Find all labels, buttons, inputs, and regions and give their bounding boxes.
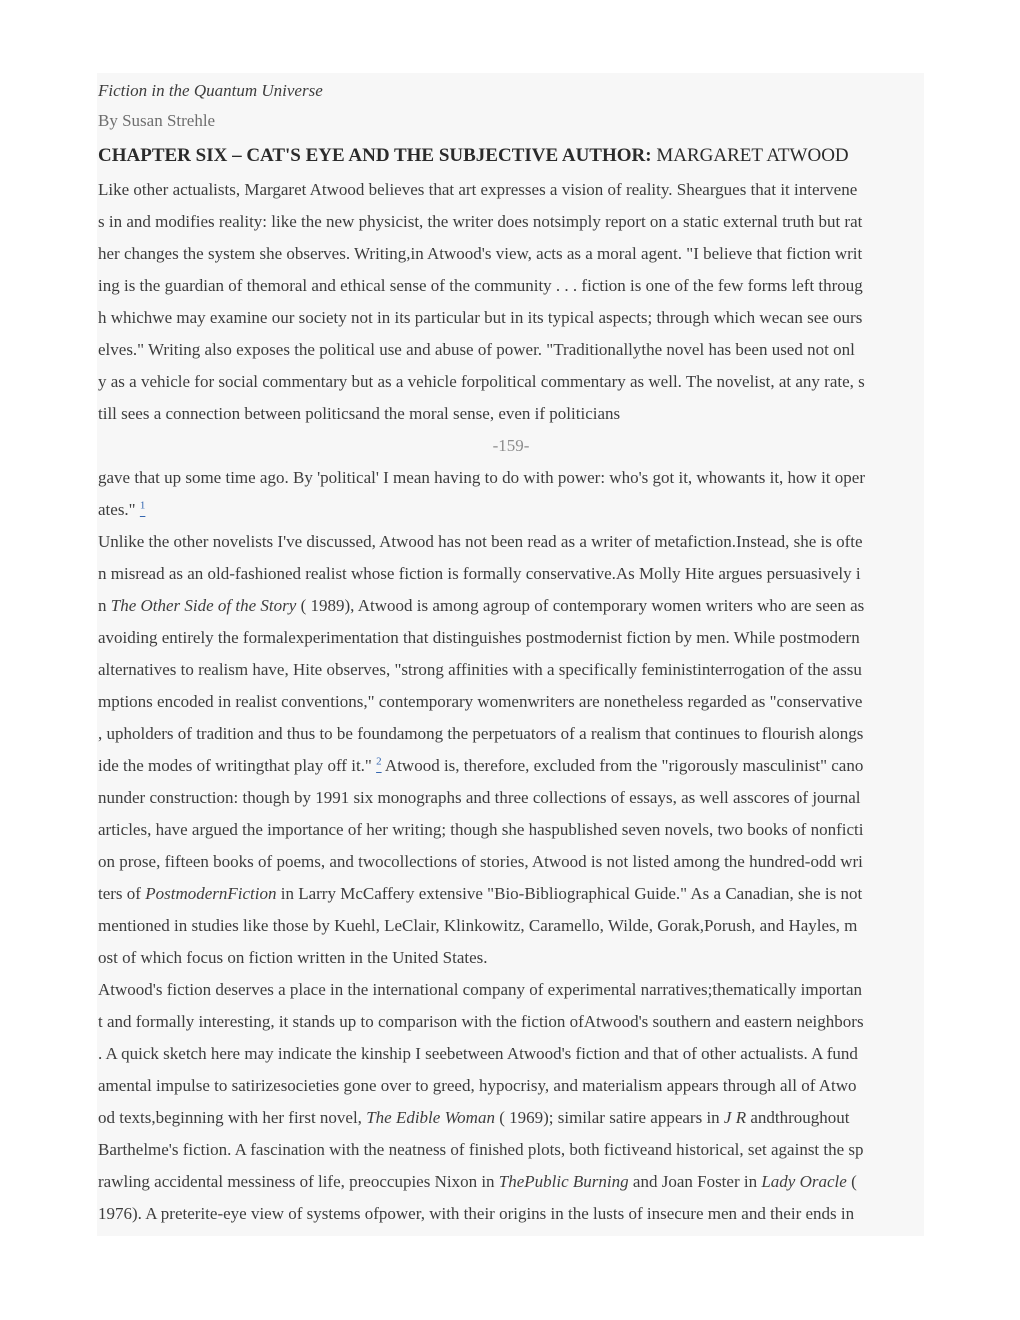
text-line: ing is the guardian of themoral and ethi… xyxy=(98,270,924,302)
text-line: 1976). A preterite-eye view of systems o… xyxy=(98,1198,924,1230)
text-line: rawling accidental messiness of life, pr… xyxy=(98,1166,924,1198)
chapter-heading-bold: CHAPTER SIX – CAT'S EYE AND THE SUBJECTI… xyxy=(98,145,652,166)
text-line: , upholders of tradition and thus to be … xyxy=(98,718,924,750)
text-line: alternatives to realism have, Hite obser… xyxy=(98,654,924,686)
text-line: y as a vehicle for social commentary but… xyxy=(98,366,924,398)
page-background: { "colors": { "content_background": "#f7… xyxy=(0,0,1020,1320)
text-line: s in and modifies reality: like the new … xyxy=(98,206,924,238)
book-title: Lady Oracle xyxy=(761,1172,846,1191)
byline: By Susan Strehle xyxy=(98,106,924,136)
text-line: n The Other Side of the Story ( 1989), A… xyxy=(98,590,924,622)
page-number: -159- xyxy=(98,430,924,462)
footnote-link-2[interactable]: 2 xyxy=(376,756,382,775)
text-line: amental impulse to satirizesocieties gon… xyxy=(98,1070,924,1102)
text-line: Unlike the other novelists I've discusse… xyxy=(98,526,924,558)
text-line: avoiding entirely the formalexperimentat… xyxy=(98,622,924,654)
paragraph: Like other actualists, Margaret Atwood b… xyxy=(98,174,924,430)
book-title: The Edible Woman xyxy=(366,1108,495,1127)
text-line: her changes the system she observes. Wri… xyxy=(98,238,924,270)
document-body: Like other actualists, Margaret Atwood b… xyxy=(98,174,924,1230)
text-line: till sees a connection between politicsa… xyxy=(98,398,924,430)
text-line: ates." 1 xyxy=(98,494,924,526)
text-line: Atwood's fiction deserves a place in the… xyxy=(98,974,924,1006)
text-line: n misread as an old-fashioned realist wh… xyxy=(98,558,924,590)
text-line: t and formally interesting, it stands up… xyxy=(98,1006,924,1038)
document-title: Fiction in the Quantum Universe xyxy=(98,76,924,106)
text-line: articles, have argued the importance of … xyxy=(98,814,924,846)
text-line: . A quick sketch here may indicate the k… xyxy=(98,1038,924,1070)
book-title: ThePublic Burning xyxy=(499,1172,629,1191)
text-line: od texts,beginning with her first novel,… xyxy=(98,1102,924,1134)
book-title: PostmodernFiction xyxy=(145,884,276,903)
footnote-link-1[interactable]: 1 xyxy=(140,500,146,519)
text-line: mentioned in studies like those by Kuehl… xyxy=(98,910,924,942)
text-line: on prose, fifteen books of poems, and tw… xyxy=(98,846,924,878)
text-line: ters of PostmodernFiction in Larry McCaf… xyxy=(98,878,924,910)
text-line: mptions encoded in realist conventions,"… xyxy=(98,686,924,718)
paragraph: Unlike the other novelists I've discusse… xyxy=(98,526,924,974)
text-line: h whichwe may examine our society not in… xyxy=(98,302,924,334)
chapter-heading-rest: MARGARET ATWOOD xyxy=(652,145,849,166)
book-title: The Other Side of the Story xyxy=(111,596,297,615)
document-page: Fiction in the Quantum Universe By Susan… xyxy=(97,73,924,1236)
chapter-heading: CHAPTER SIX – CAT'S EYE AND THE SUBJECTI… xyxy=(98,139,924,172)
paragraph: Atwood's fiction deserves a place in the… xyxy=(98,974,924,1230)
text-line: ost of which focus on fiction written in… xyxy=(98,942,924,974)
paragraph: gave that up some time ago. By 'politica… xyxy=(98,462,924,526)
text-line: ide the modes of writingthat play off it… xyxy=(98,750,924,782)
text-line: nunder construction: though by 1991 six … xyxy=(98,782,924,814)
text-line: elves." Writing also exposes the politic… xyxy=(98,334,924,366)
book-title: J R xyxy=(724,1108,746,1127)
text-line: gave that up some time ago. By 'politica… xyxy=(98,462,924,494)
text-line: Barthelme's fiction. A fascination with … xyxy=(98,1134,924,1166)
text-line: Like other actualists, Margaret Atwood b… xyxy=(98,174,924,206)
